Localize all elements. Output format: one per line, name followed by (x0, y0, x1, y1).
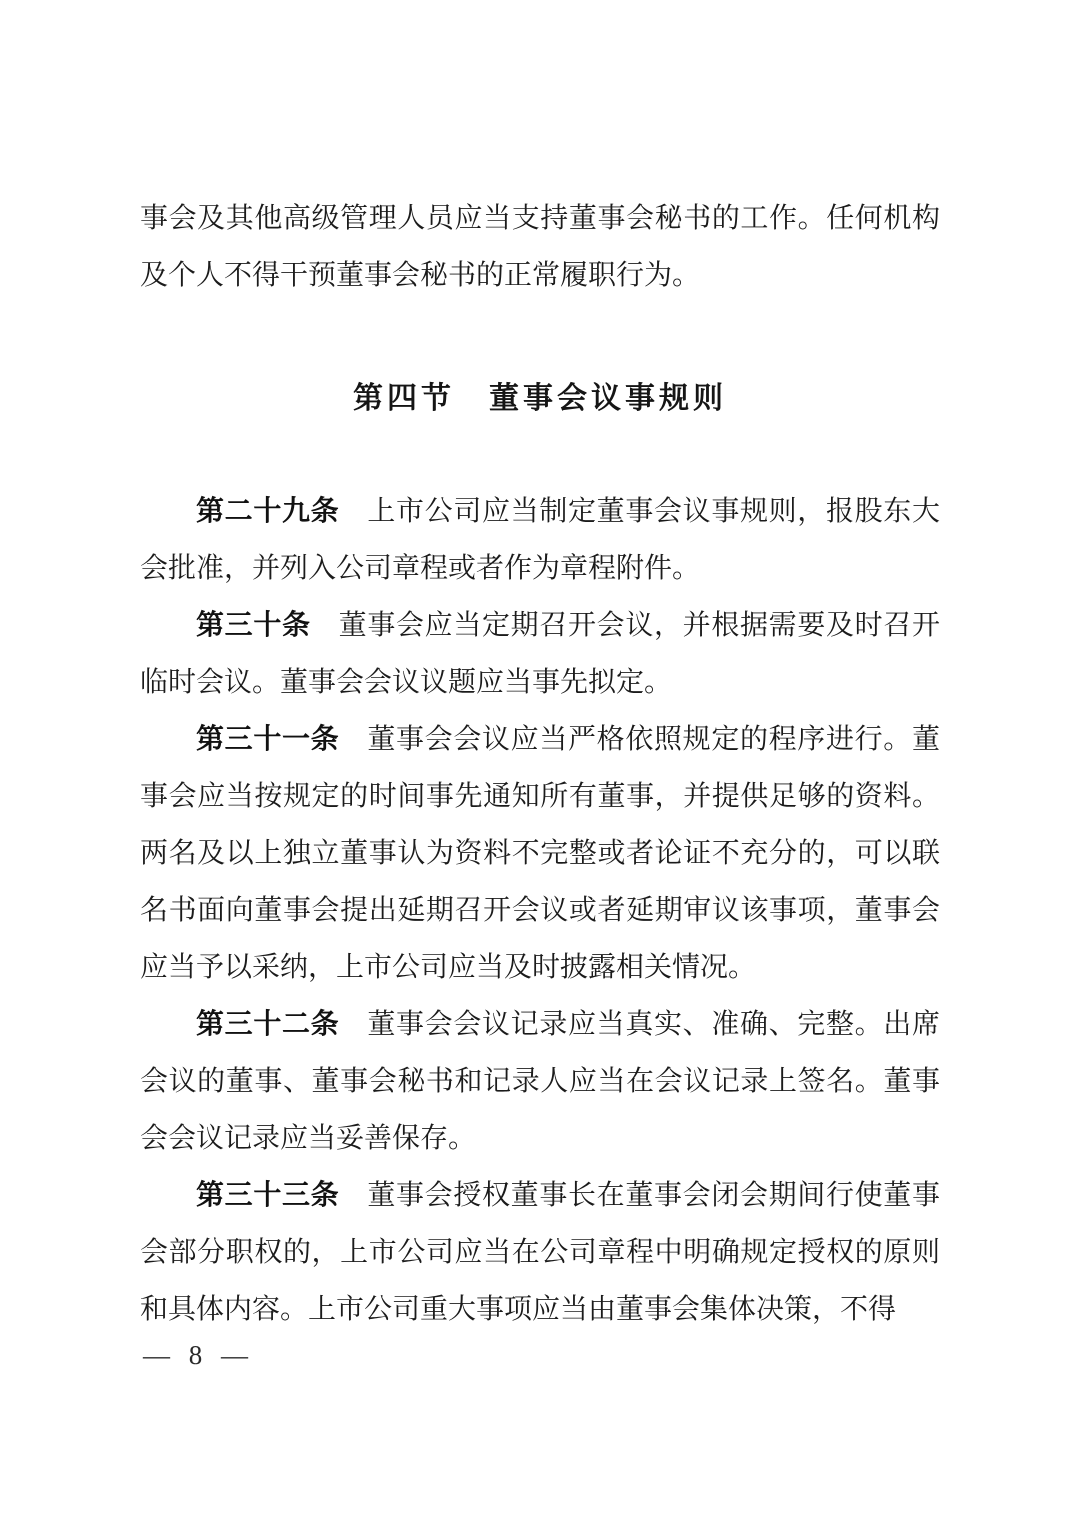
article-30: 第三十条董事会应当定期召开会议，并根据需要及时召开临时会议。董事会会议议题应当事… (140, 597, 940, 711)
article-32-number: 第三十二条 (196, 1009, 339, 1040)
article-29: 第二十九条上市公司应当制定董事会议事规则，报股东大会批准，并列入公司章程或者作为… (140, 483, 940, 597)
article-30-number: 第三十条 (196, 610, 311, 641)
continuation-paragraph: 事会及其他高级管理人员应当支持董事会秘书的工作。任何机构及个人不得干预董事会秘书… (140, 190, 940, 304)
article-31-text: 董事会会议应当严格依照规定的程序进行。董事会应当按规定的时间事先通知所有董事，并… (140, 724, 940, 983)
article-29-number: 第二十九条 (196, 496, 339, 527)
page-content: 事会及其他高级管理人员应当支持董事会秘书的工作。任何机构及个人不得干预董事会秘书… (140, 190, 940, 1338)
article-31: 第三十一条董事会会议应当严格依照规定的程序进行。董事会应当按规定的时间事先通知所… (140, 711, 940, 996)
article-32: 第三十二条董事会会议记录应当真实、准确、完整。出席会议的董事、董事会秘书和记录人… (140, 996, 940, 1167)
section-heading: 第四节 董事会议事规则 (140, 370, 940, 427)
article-31-number: 第三十一条 (196, 724, 339, 755)
article-33-number: 第三十三条 (196, 1180, 339, 1211)
document-page: 事会及其他高级管理人员应当支持董事会秘书的工作。任何机构及个人不得干预董事会秘书… (0, 0, 1080, 1526)
article-33: 第三十三条董事会授权董事长在董事会闭会期间行使董事会部分职权的，上市公司应当在公… (140, 1167, 940, 1338)
page-number: — 8 — (143, 1340, 254, 1371)
